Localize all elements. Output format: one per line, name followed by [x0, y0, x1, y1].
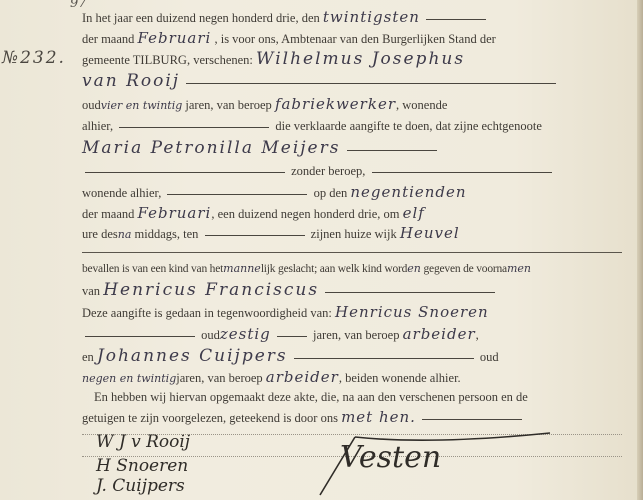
handwritten-witness-2: Johannes Cuijpers	[97, 346, 288, 366]
handwritten-signed-with: met hen.	[341, 408, 416, 426]
printed-text: jaren, van beroep	[313, 328, 399, 342]
text-line: Maria Petronilla Meijers	[82, 137, 622, 159]
printed-text: wonende alhier,	[82, 186, 161, 200]
printed-text: zonder beroep,	[291, 164, 365, 178]
text-line: gemeente TILBURG, verschenen: Wilhelmus …	[82, 48, 622, 70]
printed-text: , een duizend negen honderd drie, om	[211, 207, 399, 221]
printed-text: , wonende	[396, 98, 447, 112]
printed-text: der maand	[82, 207, 134, 221]
text-line: bevallen is van een kind van hetmannelij…	[82, 258, 622, 280]
handwritten-child-name: Henricus Franciscus	[103, 280, 319, 300]
signature-declarant: W J v Rooij	[96, 432, 190, 452]
printed-text: en	[82, 350, 94, 364]
printed-text: oud	[82, 98, 101, 112]
printed-text: In het jaar een duizend negen honderd dr…	[82, 11, 320, 25]
printed-text: die verklaarde aangifte te doen, dat zij…	[275, 119, 542, 133]
handwritten-age: vier en twintig	[101, 99, 183, 112]
handwritten-month: Februari	[138, 29, 212, 47]
handwritten-mother-name: Maria Petronilla Meijers	[82, 138, 340, 158]
signature-witness-1: H Snoeren	[96, 456, 188, 476]
text-line: van Henricus Franciscus	[82, 279, 622, 301]
handwritten-witness-2-occupation: arbeider	[266, 368, 339, 386]
text-line: der maand Februari, een duizend negen ho…	[82, 202, 622, 224]
handwritten-gender: manne	[223, 262, 261, 275]
printed-text: , is voor ons, Ambtenaar van den Burgerl…	[214, 32, 495, 46]
printed-text: jaren, van beroep	[176, 371, 262, 385]
printed-text: gemeente TILBURG, verschenen:	[82, 53, 253, 67]
text-line: Deze aangifte is gedaan in tegenwoordigh…	[82, 301, 622, 323]
divider-line	[82, 252, 622, 253]
signature-flourish	[310, 425, 570, 500]
printed-text: zijnen huize wijk	[311, 227, 397, 241]
signature-witness-2: J. Cuijpers	[96, 476, 185, 496]
handwritten-witness-1-occupation: arbeider	[403, 325, 476, 343]
handwritten-witness-1: Henricus Snoeren	[335, 303, 489, 321]
handwritten-birth-hour: elf	[403, 204, 425, 222]
text-line: oudvier en twintig jaren, van beroep fab…	[82, 93, 622, 115]
handwritten-declarant-name: Wilhelmus Josephus	[256, 49, 465, 69]
text-line: en Johannes Cuijpers oud	[82, 345, 622, 367]
text-line: zonder beroep,	[82, 160, 622, 182]
printed-text: oud	[201, 328, 220, 342]
handwritten-declarant-surname: van Rooij	[82, 71, 180, 91]
printed-text: En hebben wij hiervan opgemaakt deze akt…	[94, 390, 528, 404]
printed-text: alhier,	[82, 119, 113, 133]
printed-text: Deze aangifte is gedaan in tegenwoordigh…	[82, 306, 332, 320]
handwritten-district: Heuvel	[400, 224, 460, 242]
handwritten-day: twintigsten	[323, 8, 420, 26]
text-line: In het jaar een duizend negen honderd dr…	[82, 6, 622, 28]
printed-text: bevallen is van een kind van het	[82, 263, 223, 275]
handwritten-birth-month: Februari	[138, 204, 212, 222]
printed-text: , beiden wonende alhier.	[339, 371, 461, 385]
text-line: oudzestig jaren, van beroep arbeider,	[82, 323, 622, 345]
handwritten-witness-1-age: zestig	[220, 325, 271, 343]
act-number: №232.	[2, 48, 66, 68]
text-line: ure desna middags, ten zijnen huize wijk…	[82, 222, 622, 244]
text-line: alhier, die verklaarde aangifte te doen,…	[82, 115, 622, 137]
printed-text: jaren, van beroep	[185, 98, 271, 112]
printed-text: der maand	[82, 32, 134, 46]
text-line: wonende alhier, op den negentienden	[82, 181, 622, 203]
printed-text: oud	[480, 350, 499, 364]
printed-text: van	[82, 284, 100, 298]
text-line: der maand Februari , is voor ons, Ambten…	[82, 27, 622, 49]
handwritten-occupation: fabriekwerker	[275, 95, 396, 113]
handwritten-text: en	[407, 262, 421, 275]
handwritten-text: men	[507, 262, 531, 275]
handwritten-birth-day: negentienden	[350, 183, 466, 201]
handwritten-ampm: na	[118, 228, 132, 241]
printed-text: op den	[314, 186, 348, 200]
printed-text: gegeven de voorna	[424, 263, 507, 275]
printed-text: ,	[476, 328, 479, 342]
printed-text: lijk geslacht; aan welk kind word	[261, 263, 407, 275]
text-line: van Rooij	[82, 70, 622, 92]
handwritten-witness-2-age: negen en twintig	[82, 372, 176, 385]
document-page: 97 №232. In het jaar een duizend negen h…	[0, 0, 643, 500]
printed-text: middags, ten	[135, 227, 199, 241]
text-line: En hebben wij hiervan opgemaakt deze akt…	[82, 386, 622, 408]
printed-text: ure des	[82, 227, 118, 241]
printed-text: getuigen te zijn voorgelezen, geteekend …	[82, 411, 338, 425]
text-line: negen en twintigjaren, van beroep arbeid…	[82, 366, 622, 388]
page-edge	[637, 0, 643, 500]
